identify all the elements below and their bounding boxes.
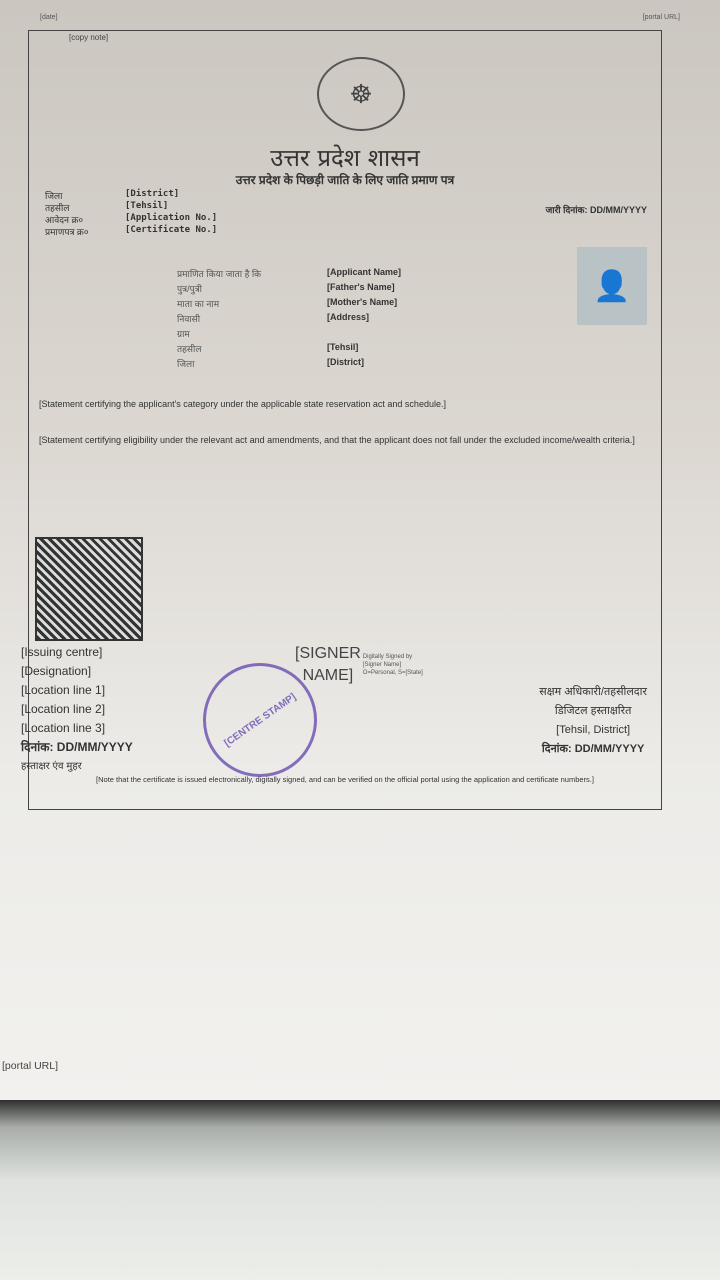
certification-paragraph-2: [Statement certifying eligibility under … <box>39 433 651 447</box>
print-header: [date] [portal URL] <box>40 14 680 21</box>
print-url: [portal URL] <box>643 14 680 21</box>
field-row: निवासी[Address] <box>177 312 401 327</box>
certification-paragraph-1: [Statement certifying the applicant's ca… <box>39 397 651 411</box>
field-row: माता का नाम[Mother's Name] <box>177 297 401 312</box>
verification-footnote: [Note that the certificate is issued ele… <box>35 773 655 787</box>
applicant-fields: प्रमाणित किया जाता है कि[Applicant Name]… <box>177 267 401 372</box>
qr-code-placeholder-icon <box>35 537 143 641</box>
state-emblem-icon: ☸ <box>317 57 405 131</box>
footer-url: [portal URL] <box>2 1060 58 1072</box>
field-row: जिला[District] <box>177 357 401 372</box>
meta-row: प्रमाणपत्र क्र०[Certificate No.] <box>45 225 217 237</box>
field-row: ग्राम <box>177 327 401 342</box>
issuer-block: [Issuing centre] [Designation] [Location… <box>21 643 133 776</box>
print-date: [date] <box>40 14 58 21</box>
applicant-photo-placeholder-icon: 👤 <box>577 247 647 325</box>
meta-row: आवेदन क्र०[Application No.] <box>45 213 217 225</box>
certificate-title: उत्तर प्रदेश शासन <box>29 141 661 174</box>
background-fabric <box>0 1100 720 1280</box>
issue-date: जारी दिनांक: DD/MM/YYYY <box>546 203 647 216</box>
certificate-meta: जिला[District] तहसील[Tehsil] आवेदन क्र०[… <box>45 189 217 237</box>
certificate-photo: [date] [portal URL] [copy note] ☸ उत्तर … <box>0 0 720 1100</box>
field-row: तहसील[Tehsil] <box>177 342 401 357</box>
field-row: पुत्र/पुत्री[Father's Name] <box>177 282 401 297</box>
meta-row: जिला[District] <box>45 189 217 201</box>
meta-row: तहसील[Tehsil] <box>45 201 217 213</box>
copy-note: [copy note] <box>69 33 108 42</box>
signature-details: Digitally Signed by [Signer Name] O=Pers… <box>363 653 433 677</box>
field-row: प्रमाणित किया जाता है कि[Applicant Name] <box>177 267 401 282</box>
certificate-subtitle: उत्तर प्रदेश के पिछड़ी जाति के लिए जाति … <box>29 171 661 188</box>
certificate-frame: [copy note] ☸ उत्तर प्रदेश शासन उत्तर प्… <box>28 30 662 810</box>
digital-signature: [SIGNER NAME] Digitally Signed by [Signe… <box>295 643 433 687</box>
authority-block: सक्षम अधिकारी/तहसीलदार डिजिटल हस्ताक्षरि… <box>539 683 647 759</box>
